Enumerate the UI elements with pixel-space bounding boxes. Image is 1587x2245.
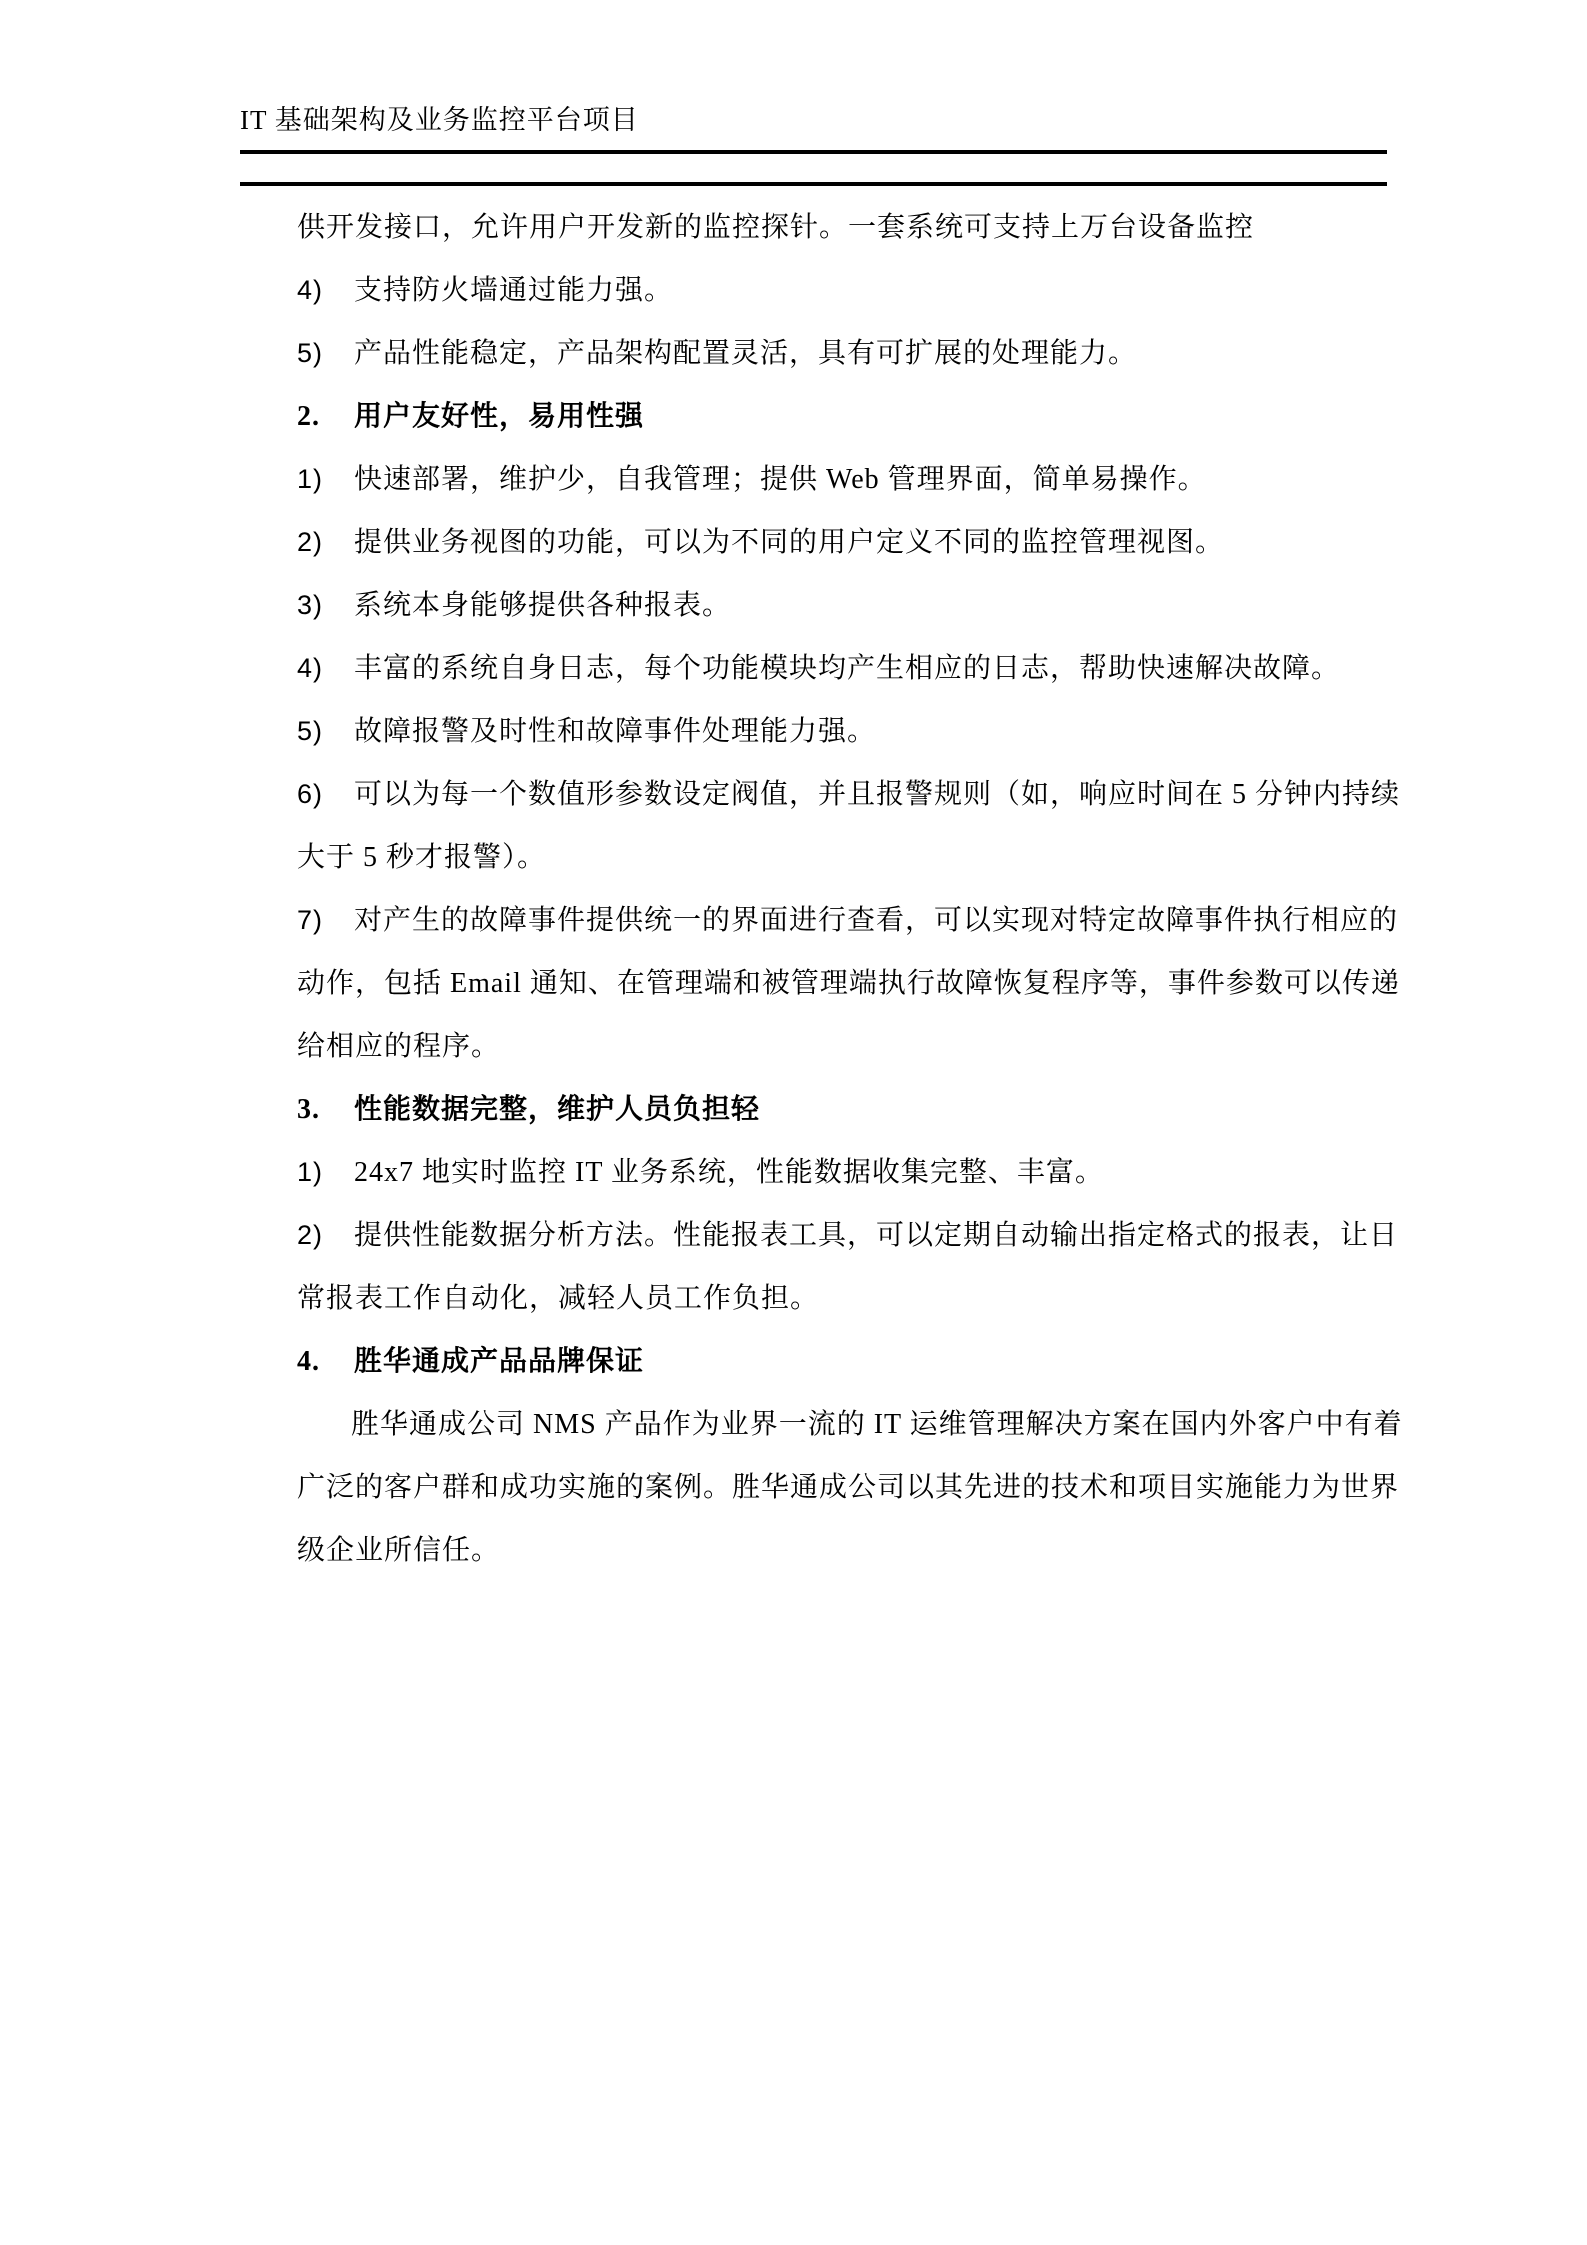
list-number: 3)	[297, 574, 354, 637]
heading-number: 3.	[297, 1078, 354, 1141]
line-text: 广泛的客户群和成功实施的案例。胜华通成公司以其先进的技术和项目实施能力为世界	[297, 1472, 1399, 1503]
heading-text: 用户友好性，易用性强	[354, 401, 644, 432]
line-text: 产品性能稳定，产品架构配置灵活，具有可扩展的处理能力。	[354, 338, 1137, 369]
line-text: 动作，包括 Email 通知、在管理端和被管理端执行故障恢复程序等，事件参数可以…	[297, 968, 1400, 999]
list-number: 5)	[297, 322, 354, 385]
line-text: 故障报警及时性和故障事件处理能力强。	[354, 716, 876, 747]
section-heading: 2.用户友好性，易用性强	[297, 385, 1457, 448]
list-item: 3)系统本身能够提供各种报表。	[297, 574, 1457, 637]
section-heading: 4.胜华通成产品品牌保证	[297, 1330, 1457, 1393]
list-item: 1)快速部署，维护少，自我管理；提供 Web 管理界面，简单易操作。	[297, 448, 1457, 511]
list-number: 6)	[297, 763, 354, 826]
paragraph-line: 大于 5 秒才报警）。	[297, 826, 1457, 889]
line-text: 大于 5 秒才报警）。	[297, 842, 546, 873]
header-rule-bottom	[240, 182, 1387, 186]
list-item: 4)支持防火墙通过能力强。	[297, 259, 1457, 322]
line-text: 供开发接口，允许用户开发新的监控探针。一套系统可支持上万台设备监控	[297, 212, 1254, 243]
list-item: 7)对产生的故障事件提供统一的界面进行查看，可以实现对特定故障事件执行相应的	[297, 889, 1457, 952]
list-item: 5)故障报警及时性和故障事件处理能力强。	[297, 700, 1457, 763]
list-item: 1)24x7 地实时监控 IT 业务系统，性能数据收集完整、丰富。	[297, 1141, 1457, 1204]
list-item: 5)产品性能稳定，产品架构配置灵活，具有可扩展的处理能力。	[297, 322, 1457, 385]
list-number: 1)	[297, 448, 354, 511]
section-heading: 3.性能数据完整，维护人员负担轻	[297, 1078, 1457, 1141]
heading-text: 性能数据完整，维护人员负担轻	[354, 1094, 760, 1125]
heading-number: 2.	[297, 385, 354, 448]
line-text: 支持防火墙通过能力强。	[354, 275, 673, 306]
line-text: 胜华通成公司 NMS 产品作为业界一流的 IT 运维管理解决方案在国内外客户中有…	[351, 1409, 1403, 1440]
list-number: 5)	[297, 700, 354, 763]
line-text: 系统本身能够提供各种报表。	[354, 590, 731, 621]
list-number: 4)	[297, 259, 354, 322]
paragraph-line: 动作，包括 Email 通知、在管理端和被管理端执行故障恢复程序等，事件参数可以…	[297, 952, 1457, 1015]
line-text: 级企业所信任。	[297, 1535, 500, 1566]
paragraph-line: 级企业所信任。	[297, 1519, 1457, 1582]
paragraph-line: 常报表工作自动化，减轻人员工作负担。	[297, 1267, 1457, 1330]
heading-number: 4.	[297, 1330, 354, 1393]
document-page: IT 基础架构及业务监控平台项目 供开发接口，允许用户开发新的监控探针。一套系统…	[0, 0, 1587, 2245]
page-header-title: IT 基础架构及业务监控平台项目	[240, 104, 639, 136]
line-text: 常报表工作自动化，减轻人员工作负担。	[297, 1283, 819, 1314]
line-text: 丰富的系统自身日志，每个功能模块均产生相应的日志，帮助快速解决故障。	[354, 653, 1340, 684]
line-text: 可以为每一个数值形参数设定阀值，并且报警规则（如，响应时间在 5 分钟内持续	[354, 779, 1400, 810]
line-text: 对产生的故障事件提供统一的界面进行查看，可以实现对特定故障事件执行相应的	[354, 905, 1398, 936]
line-text: 提供业务视图的功能，可以为不同的用户定义不同的监控管理视图。	[354, 527, 1224, 558]
line-text: 给相应的程序。	[297, 1031, 500, 1062]
line-text: 24x7 地实时监控 IT 业务系统，性能数据收集完整、丰富。	[354, 1157, 1104, 1188]
list-number: 1)	[297, 1141, 354, 1204]
list-number: 2)	[297, 511, 354, 574]
document-body: 供开发接口，允许用户开发新的监控探针。一套系统可支持上万台设备监控 4)支持防火…	[297, 196, 1457, 1582]
list-number: 4)	[297, 637, 354, 700]
paragraph-line: 给相应的程序。	[297, 1015, 1457, 1078]
line-text: 快速部署，维护少，自我管理；提供 Web 管理界面，简单易操作。	[354, 464, 1207, 495]
list-item: 6)可以为每一个数值形参数设定阀值，并且报警规则（如，响应时间在 5 分钟内持续	[297, 763, 1457, 826]
heading-text: 胜华通成产品品牌保证	[354, 1346, 644, 1377]
list-number: 2)	[297, 1204, 354, 1267]
list-item: 2)提供性能数据分析方法。性能报表工具，可以定期自动输出指定格式的报表，让日	[297, 1204, 1457, 1267]
header-rule-top	[240, 150, 1387, 154]
paragraph-line: 供开发接口，允许用户开发新的监控探针。一套系统可支持上万台设备监控	[297, 196, 1457, 259]
paragraph-line: 胜华通成公司 NMS 产品作为业界一流的 IT 运维管理解决方案在国内外客户中有…	[297, 1393, 1457, 1456]
line-text: 提供性能数据分析方法。性能报表工具，可以定期自动输出指定格式的报表，让日	[354, 1220, 1398, 1251]
list-number: 7)	[297, 889, 354, 952]
list-item: 4)丰富的系统自身日志，每个功能模块均产生相应的日志，帮助快速解决故障。	[297, 637, 1457, 700]
list-item: 2)提供业务视图的功能，可以为不同的用户定义不同的监控管理视图。	[297, 511, 1457, 574]
paragraph-line: 广泛的客户群和成功实施的案例。胜华通成公司以其先进的技术和项目实施能力为世界	[297, 1456, 1457, 1519]
